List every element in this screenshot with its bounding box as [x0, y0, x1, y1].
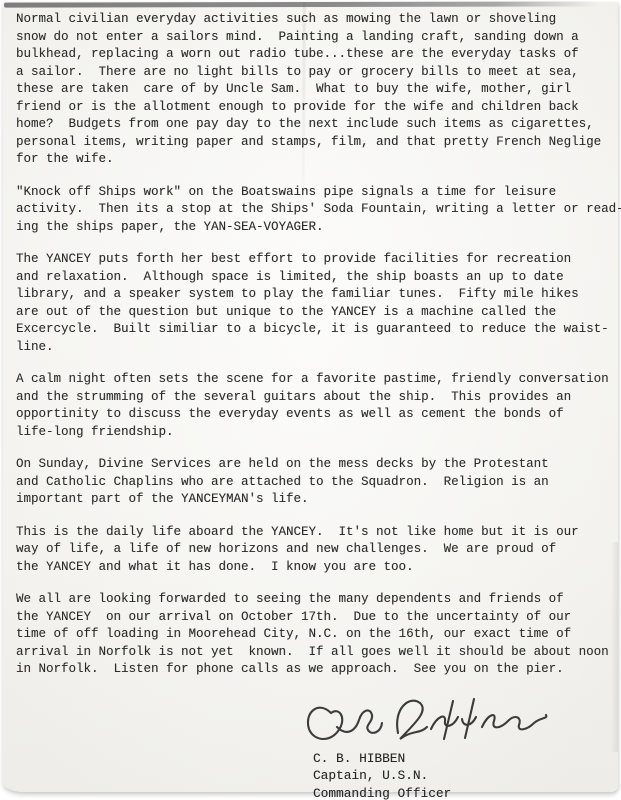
letter-body: Normal civilian everyday activities such…: [3, 2, 618, 800]
paragraph-daily-life: This is the daily life aboard the YANCEY…: [16, 524, 616, 577]
text-line: Excercycle. Built similiar to a bicycle,…: [16, 321, 616, 339]
text-line: We all are looking forwarded to seeing t…: [16, 591, 616, 609]
text-line: for the wife.: [16, 151, 616, 169]
text-line: bulkhead, replacing a worn out radio tub…: [16, 46, 616, 64]
text-line: home? Budgets from one pay day to the ne…: [16, 116, 616, 134]
text-line: Normal civilian everyday activities such…: [16, 11, 616, 29]
text-line: A calm night often sets the scene for a …: [16, 371, 616, 389]
text-line: these are taken care of by Uncle Sam. Wh…: [16, 81, 616, 99]
signatory-title: Commanding Officer: [313, 785, 616, 800]
text-line: activity. Then its a stop at the Ships' …: [16, 201, 616, 219]
signature-typed-block: C. B. HIBBEN Captain, U.S.N. Commanding …: [313, 750, 616, 800]
signatory-name: C. B. HIBBEN: [313, 750, 616, 768]
paragraph-arrival: We all are looking forwarded to seeing t…: [16, 591, 616, 679]
text-line: arrival in Norfolk is not yet known. If …: [16, 644, 616, 662]
text-line: library, and a speaker system to play th…: [16, 286, 616, 304]
text-line: the YANCEY on our arrival on October 17t…: [16, 609, 616, 627]
text-line: friend or is the allotment enough to pro…: [16, 99, 616, 117]
text-line: important part of the YANCEYMAN's life.: [16, 491, 616, 509]
handwritten-signature-icon: [296, 694, 556, 750]
paragraph-calm-night: A calm night often sets the scene for a …: [16, 371, 616, 441]
text-line: ing the ships paper, the YAN-SEA-VOYAGER…: [16, 219, 616, 237]
text-line: This is the daily life aboard the YANCEY…: [16, 524, 616, 542]
paper-sheet: Normal civilian everyday activities such…: [3, 2, 618, 792]
text-line: personal items, writing paper and stamps…: [16, 134, 616, 152]
signature-block: C. B. HIBBEN Captain, U.S.N. Commanding …: [294, 694, 616, 800]
text-line: in Norfolk. Listen for phone calls as we…: [16, 661, 616, 679]
text-line: snow do not enter a sailors mind. Painti…: [16, 29, 616, 47]
text-line: a sailor. There are no light bills to pa…: [16, 64, 616, 82]
text-line: are out of the question but unique to th…: [16, 304, 616, 322]
text-line: On Sunday, Divine Services are held on t…: [16, 456, 616, 474]
text-line: and relaxation. Although space is limite…: [16, 269, 616, 287]
text-line: The YANCEY puts forth her best effort to…: [16, 251, 616, 269]
text-line: "Knock off Ships work" on the Boatswains…: [16, 184, 616, 202]
text-line: and the strumming of the several guitars…: [16, 389, 616, 407]
signatory-rank: Captain, U.S.N.: [313, 767, 616, 785]
paragraph-knock-off-ships-work: "Knock off Ships work" on the Boatswains…: [16, 184, 616, 237]
text-line: line.: [16, 339, 616, 357]
text-line: life-long friendship.: [16, 424, 616, 442]
text-line: time of off loading in Moorehead City, N…: [16, 626, 616, 644]
paragraph-divine-services: On Sunday, Divine Services are held on t…: [16, 456, 616, 509]
paragraph-everyday-activities: Normal civilian everyday activities such…: [16, 11, 616, 169]
text-line: and Catholic Chaplins who are attached t…: [16, 474, 616, 492]
paragraph-recreation-facilities: The YANCEY puts forth her best effort to…: [16, 251, 616, 356]
text-line: opportinity to discuss the everyday even…: [16, 406, 616, 424]
text-line: way of life, a life of new horizons and …: [16, 541, 616, 559]
text-line: the YANCEY and what it has done. I know …: [16, 559, 616, 577]
scanned-letter-screenshot: Normal civilian everyday activities such…: [0, 0, 621, 800]
